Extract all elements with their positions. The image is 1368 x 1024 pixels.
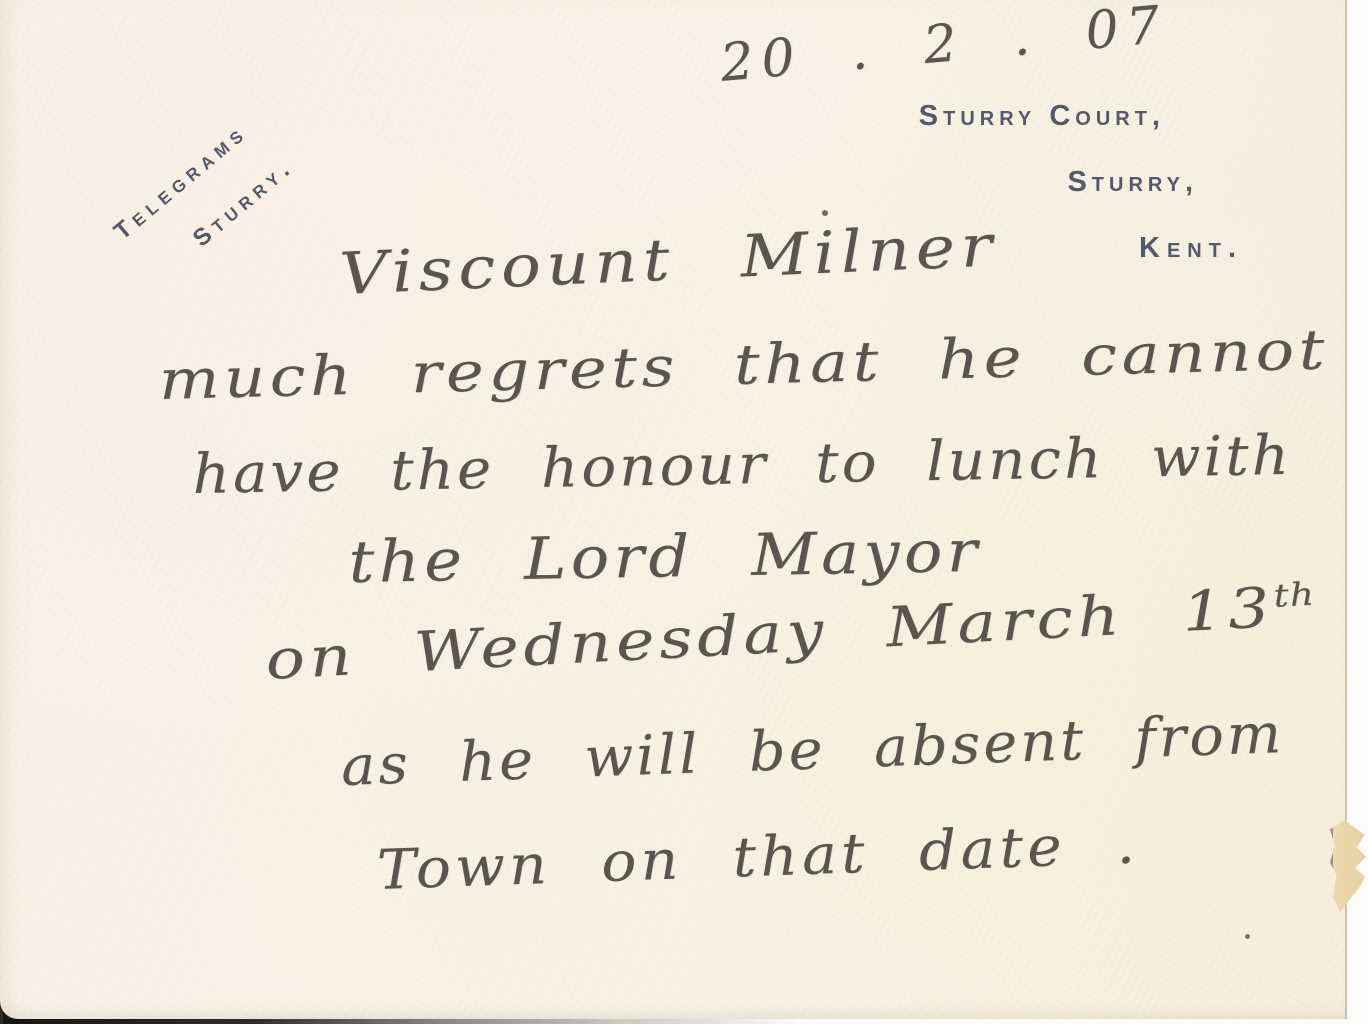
ordinal-superscript: th [1272,575,1316,615]
handwritten-line: as he will be absent from [340,701,1285,798]
telegrams-imprint: Telegrams Sturry. [100,99,309,300]
letterhead-line-sturry-court: Sturry Court, [919,100,1165,133]
letterhead-line-kent: Kent. [1139,232,1243,265]
handwritten-date: 20 . 2 . 07 [718,0,1170,94]
correspondence-card: Telegrams Sturry. 20 . 2 . 07 Sturry Cou… [0,0,1347,1019]
letterhead-line-sturry: Sturry, [1067,166,1198,199]
handwritten-line: much regrets that he cannot [158,317,1330,412]
handwritten-line: Viscount Milner [338,211,999,308]
scanned-card-page: Telegrams Sturry. 20 . 2 . 07 Sturry Cou… [0,0,1368,1024]
handwritten-line: the Lord Mayor [348,517,982,596]
handwritten-line: have the honour to lunch with [192,423,1292,506]
ink-speck [822,210,828,216]
handwritten-line: Town on that date . [376,811,1140,902]
paper-speck [1245,934,1250,939]
torn-paper-patch [1330,820,1366,912]
